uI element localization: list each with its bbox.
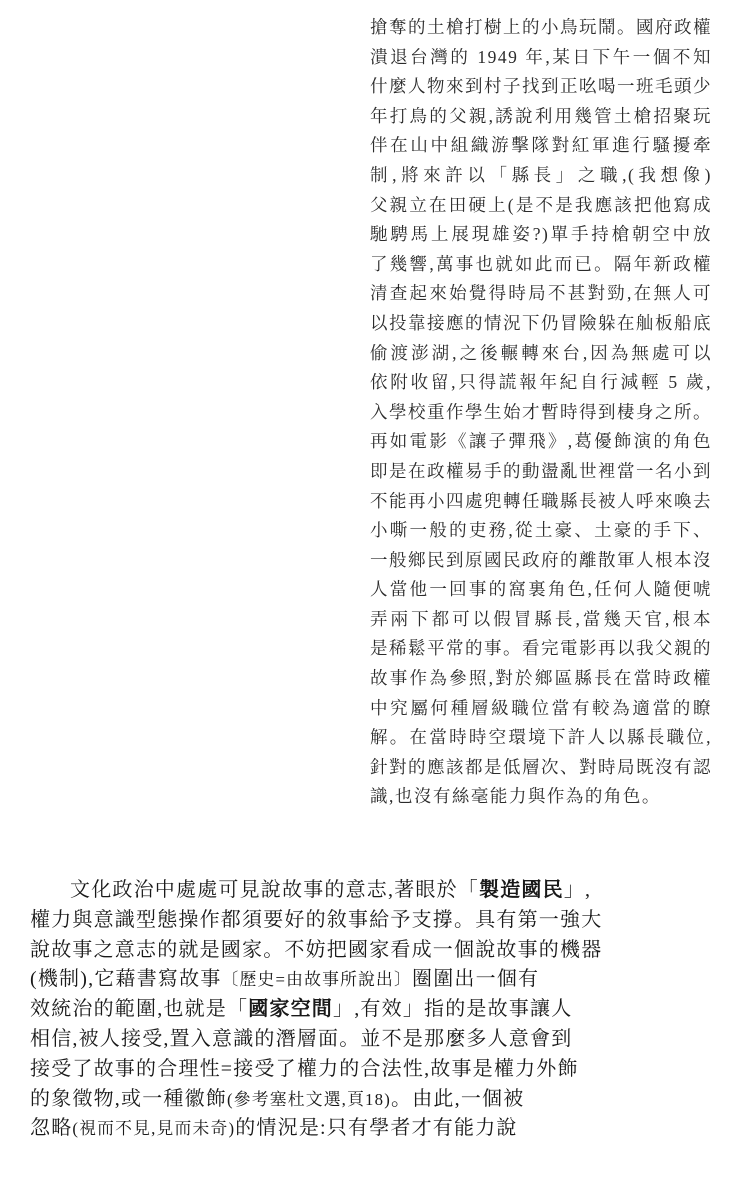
- text-line: 故事作為參照,對於鄉區縣長在當時政權: [370, 664, 712, 694]
- text-line: 搶奪的土槍打樹上的小鳥玩鬧。國府政權: [370, 13, 712, 43]
- emphasized-term: 製造國民: [479, 879, 564, 901]
- text-line: 文化政治中處處可見說故事的意志,著眼於「製造國民」,: [30, 876, 630, 906]
- text-line: 識,也沒有絲毫能力與作為的角色。: [370, 782, 712, 812]
- citation-note: 〔歷史=由故事所說出〕: [222, 970, 412, 989]
- text-line: 潰退台灣的 1949 年,某日下午一個不知: [370, 43, 712, 73]
- text-run: 相信,被人接受,置入意識的潛層面。並不是那麼多人意會到: [30, 1028, 572, 1050]
- text-line: 清查起來始覺得時局不甚對勁,在無人可: [370, 279, 712, 309]
- right-text-column: 搶奪的土槍打樹上的小鳥玩鬧。國府政權潰退台灣的 1949 年,某日下午一個不知什…: [370, 13, 712, 812]
- text-line: 入學校重作學生始才暫時得到棲身之所。: [370, 398, 712, 428]
- text-line: 不能再小四處兜轉任職縣長被人呼來喚去: [370, 487, 712, 517]
- text-line: 效統治的範圍,也就是「國家空間」,有效」指的是故事讓人: [30, 995, 630, 1025]
- text-line: 說故事之意志的就是國家。不妨把國家看成一個說故事的機器: [30, 936, 630, 966]
- text-line: 小嘶一般的吏務,從土豪、土豪的手下、: [370, 516, 712, 546]
- text-run: (機制),它藉書寫故事: [30, 968, 222, 990]
- text-line: 年打鳥的父親,誘說利用幾管土槍招聚玩: [370, 102, 712, 132]
- text-line: 以投靠接應的情況下仍冒險躲在舢板船底: [370, 309, 712, 339]
- text-line: 制,將來許以「縣長」之職,(我想像): [370, 161, 712, 191]
- document-page: 搶奪的土槍打樹上的小鳥玩鬧。國府政權潰退台灣的 1949 年,某日下午一個不知什…: [0, 0, 740, 1185]
- text-run: 」,: [564, 879, 591, 901]
- text-run: 權力與意識型態操作都須要好的敘事給予支撐。具有第一強大: [30, 909, 602, 931]
- text-line: 是稀鬆平常的事。看完電影再以我父親的: [370, 634, 712, 664]
- text-run: 接受了故事的合理性=接受了權力的合法性,故事是權力外飾: [30, 1058, 579, 1080]
- citation-note: (參考塞杜文選,頁18): [227, 1090, 391, 1109]
- text-run: 文化政治中處處可見說故事的意志,著眼於「: [70, 879, 479, 901]
- text-line: 接受了故事的合理性=接受了權力的合法性,故事是權力外飾: [30, 1055, 630, 1085]
- text-line: 的象徵物,或一種徽飾(參考塞杜文選,頁18)。由此,一個被: [30, 1085, 630, 1115]
- text-run: 的情況是:只有學者才有能力說: [235, 1117, 517, 1139]
- text-line: 弄兩下都可以假冒縣長,當幾天官,根本: [370, 605, 712, 635]
- citation-note: (視而不見,見而未奇): [72, 1119, 235, 1138]
- text-run: 。由此,一個被: [391, 1088, 524, 1110]
- text-line: 伴在山中組織游擊隊對紅軍進行騷擾牽: [370, 131, 712, 161]
- text-line: 權力與意識型態操作都須要好的敘事給予支撐。具有第一強大: [30, 906, 630, 936]
- text-line: 再如電影《讓子彈飛》,葛優飾演的角色: [370, 427, 712, 457]
- text-line: 一般鄉民到原國民政府的離散軍人根本沒: [370, 546, 712, 576]
- bottom-paragraph: 文化政治中處處可見說故事的意志,著眼於「製造國民」,權力與意識型態操作都須要好的…: [30, 876, 630, 1144]
- text-line: 即是在政權易手的動盪亂世裡當一名小到: [370, 457, 712, 487]
- text-run: 忽略: [30, 1117, 72, 1139]
- text-line: 相信,被人接受,置入意識的潛層面。並不是那麼多人意會到: [30, 1025, 630, 1055]
- text-line: (機制),它藉書寫故事〔歷史=由故事所說出〕圈圍出一個有: [30, 965, 630, 995]
- text-run: 圈圍出一個有: [412, 968, 539, 990]
- text-line: 馳騁馬上展現雄姿?)單手持槍朝空中放: [370, 220, 712, 250]
- text-line: 忽略(視而不見,見而未奇)的情況是:只有學者才有能力說: [30, 1114, 630, 1144]
- text-run: 說故事之意志的就是國家。不妨把國家看成一個說故事的機器: [30, 939, 602, 961]
- text-run: 效統治的範圍,也就是「: [30, 998, 248, 1020]
- text-line: 人當他一回事的窩裏角色,任何人隨便唬: [370, 575, 712, 605]
- text-run: 的象徵物,或一種徽飾: [30, 1088, 227, 1110]
- emphasized-term: 國家空間: [248, 998, 333, 1020]
- text-line: 依附收留,只得謊報年紀自行減輕 5 歲,: [370, 368, 712, 398]
- text-line: 什麼人物來到村子找到正吆喝一班毛頭少: [370, 72, 712, 102]
- text-line: 針對的應該都是低層次、對時局既沒有認: [370, 753, 712, 783]
- text-line: 了幾響,萬事也就如此而已。隔年新政權: [370, 250, 712, 280]
- text-line: 偷渡澎湖,之後輾轉來台,因為無處可以: [370, 339, 712, 369]
- text-line: 中究屬何種層級職位當有較為適當的瞭: [370, 694, 712, 724]
- text-run: 」,有效」指的是故事讓人: [333, 998, 572, 1020]
- text-line: 解。在當時時空環境下許人以縣長職位,: [370, 723, 712, 753]
- text-line: 父親立在田硬上(是不是我應該把他寫成: [370, 191, 712, 221]
